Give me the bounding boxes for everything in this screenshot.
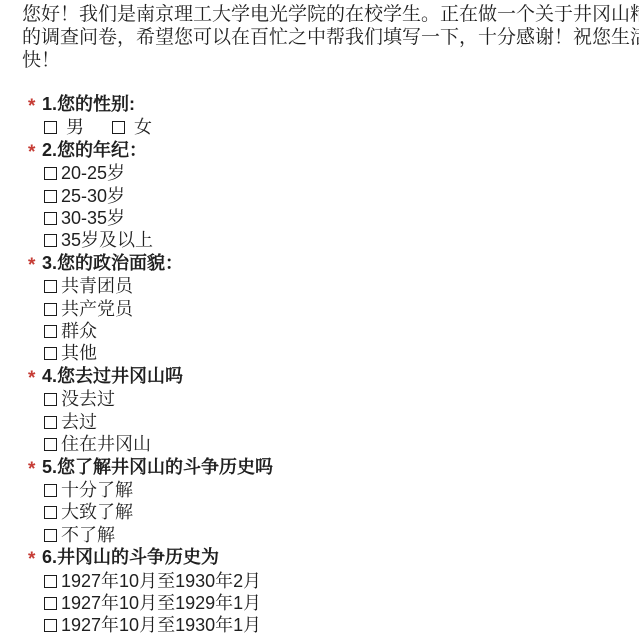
option-label: 20-25岁 [61, 163, 125, 183]
checkbox-icon[interactable] [44, 325, 57, 338]
option-question3-3[interactable]: 群众 [0, 320, 639, 342]
survey-intro: 您好！我们是南京理工大学电光学院的在校学生。正在做一个关于井冈山精神 的调查问卷… [0, 0, 639, 72]
option-question4-2[interactable]: 去过 [0, 411, 639, 433]
required-asterisk-icon: * [28, 142, 42, 164]
question-title-text: 4.您去过井冈山吗 [42, 366, 183, 386]
option-label: 30-35岁 [61, 208, 125, 228]
option-label: 女 [134, 117, 152, 137]
required-asterisk-icon: * [28, 96, 42, 118]
option-question5-2[interactable]: 大致了解 [0, 501, 639, 523]
option-question1-2[interactable]: 女 [112, 116, 152, 138]
checkbox-icon[interactable] [44, 347, 57, 360]
option-question2-1[interactable]: 20-25岁 [0, 162, 639, 184]
checkbox-icon[interactable] [44, 529, 57, 542]
question-block-5: *5.您了解井冈山的斗争历史吗十分了解大致了解不了解 [0, 456, 639, 547]
checkbox-icon[interactable] [44, 280, 57, 293]
question-list: *1.您的性别:男女*2.您的年纪：20-25岁25-30岁30-35岁35岁及… [0, 93, 639, 633]
question-title: *1.您的性别: [0, 93, 639, 116]
checkbox-icon[interactable] [44, 575, 57, 588]
checkbox-icon[interactable] [112, 121, 125, 134]
option-label: 去过 [61, 412, 97, 432]
option-label: 1927年10月至1929年1月 [61, 593, 261, 613]
question-title-text: 6.井冈山的斗争历史为 [42, 547, 219, 567]
question-title: *6.井冈山的斗争历史为 [0, 546, 639, 569]
option-label: 1927年10月至1930年1月 [61, 615, 261, 633]
checkbox-icon[interactable] [44, 121, 57, 134]
option-question3-1[interactable]: 共青团员 [0, 275, 639, 297]
checkbox-icon[interactable] [44, 212, 57, 225]
required-asterisk-icon: * [28, 459, 42, 481]
option-question4-3[interactable]: 住在井冈山 [0, 433, 639, 455]
question-title: *5.您了解井冈山的斗争历史吗 [0, 456, 639, 479]
option-question6-2[interactable]: 1927年10月至1929年1月 [0, 592, 639, 614]
option-question6-3[interactable]: 1927年10月至1930年1月 [0, 614, 639, 633]
checkbox-icon[interactable] [44, 597, 57, 610]
option-question2-4[interactable]: 35岁及以上 [0, 229, 639, 251]
option-question6-1[interactable]: 1927年10月至1930年2月 [0, 570, 639, 592]
option-question5-3[interactable]: 不了解 [0, 524, 639, 546]
option-label: 25-30岁 [61, 186, 125, 206]
checkbox-icon[interactable] [44, 234, 57, 247]
required-asterisk-icon: * [28, 368, 42, 390]
question-title: *2.您的年纪： [0, 139, 639, 162]
option-label: 住在井冈山 [61, 434, 151, 454]
option-label: 其他 [61, 343, 97, 363]
option-label: 没去过 [61, 389, 115, 409]
checkbox-icon[interactable] [44, 438, 57, 451]
option-label: 35岁及以上 [61, 230, 153, 250]
option-label: 群众 [61, 321, 97, 341]
checkbox-icon[interactable] [44, 167, 57, 180]
survey-intro-line: 的调查问卷，希望您可以在百忙之中帮我们填写一下，十分感谢！祝您生活愉 [22, 26, 629, 49]
required-asterisk-icon: * [28, 255, 42, 277]
question-block-3: *3.您的政治面貌：共青团员共产党员群众其他 [0, 252, 639, 365]
question-block-1: *1.您的性别:男女 [0, 93, 639, 139]
required-asterisk-icon: * [28, 549, 42, 571]
question-title: *4.您去过井冈山吗 [0, 365, 639, 388]
option-label: 男 [66, 117, 84, 137]
option-question3-4[interactable]: 其他 [0, 342, 639, 364]
question-title-text: 5.您了解井冈山的斗争历史吗 [42, 457, 273, 477]
checkbox-icon[interactable] [44, 190, 57, 203]
option-question5-1[interactable]: 十分了解 [0, 479, 639, 501]
option-question1-1[interactable]: 男 [44, 116, 84, 138]
option-question4-1[interactable]: 没去过 [0, 388, 639, 410]
question-title-text: 3.您的政治面貌： [42, 253, 183, 273]
option-label: 共产党员 [61, 299, 133, 319]
checkbox-icon[interactable] [44, 393, 57, 406]
question-block-6: *6.井冈山的斗争历史为1927年10月至1930年2月1927年10月至192… [0, 546, 639, 633]
option-label: 共青团员 [61, 276, 133, 296]
option-question3-2[interactable]: 共产党员 [0, 298, 639, 320]
question-block-4: *4.您去过井冈山吗没去过去过住在井冈山 [0, 365, 639, 456]
option-label: 1927年10月至1930年2月 [61, 571, 261, 591]
option-row-inline: 男女 [0, 116, 639, 138]
option-question2-3[interactable]: 30-35岁 [0, 207, 639, 229]
option-label: 大致了解 [61, 502, 133, 522]
question-title: *3.您的政治面貌： [0, 252, 639, 275]
checkbox-icon[interactable] [44, 484, 57, 497]
checkbox-icon[interactable] [44, 506, 57, 519]
option-label: 十分了解 [61, 480, 133, 500]
question-title-text: 1.您的性别: [42, 94, 135, 114]
question-block-2: *2.您的年纪：20-25岁25-30岁30-35岁35岁及以上 [0, 139, 639, 252]
survey-intro-line: 您好！我们是南京理工大学电光学院的在校学生。正在做一个关于井冈山精神 [22, 3, 629, 26]
question-title-text: 2.您的年纪： [42, 140, 147, 160]
option-label: 不了解 [61, 525, 115, 545]
checkbox-icon[interactable] [44, 303, 57, 316]
survey-intro-line: 快！ [22, 49, 629, 72]
checkbox-icon[interactable] [44, 416, 57, 429]
checkbox-icon[interactable] [44, 619, 57, 632]
option-question2-2[interactable]: 25-30岁 [0, 185, 639, 207]
